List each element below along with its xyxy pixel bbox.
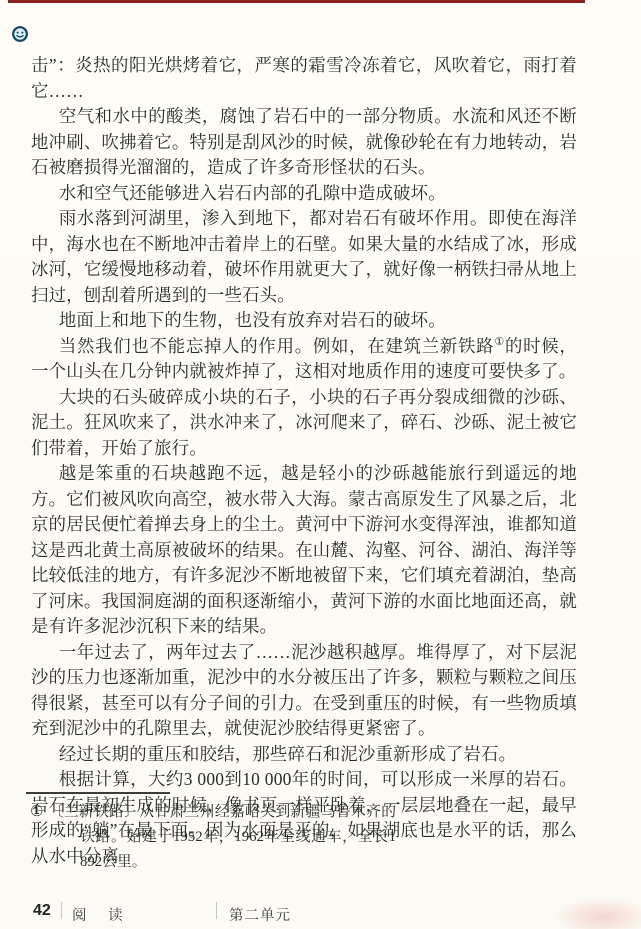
article-text: 击”：炎热的阳光烘烤着它，严寒的霜雪冷冻着它，风吹着它，雨打着它……空气和水中的…: [31, 53, 577, 869]
footer-divider: [61, 902, 62, 919]
footer-section-label: 阅 读: [72, 904, 132, 925]
footnote-block: ①〔兰新铁路〕从甘肃兰州经嘉峪关到新疆乌鲁木齐的铁路。始建于1952年，1962…: [30, 800, 396, 875]
footnote-text: ①〔兰新铁路〕从甘肃兰州经嘉峪关到新疆乌鲁木齐的铁路。始建于1952年，1962…: [30, 800, 396, 875]
smiley-face-icon: [12, 26, 28, 42]
footnote-body: 〔兰新铁路〕从甘肃兰州经嘉峪关到新疆乌鲁木齐的铁路。始建于1952年，1962年…: [49, 804, 396, 870]
footer-divider: [216, 902, 217, 919]
paragraph: 地面上和地下的生物，也没有放弃对岩石的破坏。: [31, 308, 577, 334]
paragraph: 一年过去了，两年过去了……泥沙越积越厚。堆得厚了，对下层泥沙的压力也逐渐加重，泥…: [31, 640, 577, 742]
paragraph: 击”：炎热的阳光烘烤着它，严寒的霜雪冷冻着它，风吹着它，雨打着它……: [31, 53, 577, 104]
paragraph: 经过长期的重压和胶结，那些碎石和泥沙重新形成了岩石。: [31, 742, 577, 768]
paragraph: 越是笨重的石块越跑不远，越是轻小的沙砾越能旅行到遥远的地方。它们被风吹向高空，被…: [31, 461, 577, 640]
page-number: 42: [33, 902, 51, 920]
paragraph: 大块的石头破碎成小块的石子，小块的石子再分裂成细微的沙砾、泥土。狂风吹来了，洪水…: [31, 385, 577, 462]
smiley-chat-icon[interactable]: [12, 26, 28, 42]
footnote-marker: ①: [30, 804, 44, 820]
page-top-red-line: [8, 0, 585, 3]
paragraph: 水和空气还能够进入岩石内部的孔隙中造成破坏。: [31, 181, 577, 207]
book-page: 击”：炎热的阳光烘烤着它，严寒的霜雪冷冻着它，风吹着它，雨打着它……空气和水中的…: [0, 0, 641, 929]
footnote-reference: ①: [494, 336, 505, 348]
page-footer: 42 阅 读 第二单元: [0, 900, 641, 924]
paragraph: 空气和水中的酸类，腐蚀了岩石中的一部分物质。水流和风还不断地冲刷、吹拂着它。特别…: [31, 104, 577, 181]
footnote-separator: [26, 792, 170, 794]
footer-unit-label: 第二单元: [229, 904, 291, 925]
paragraph: 当然我们也不能忘掉人的作用。例如，在建筑兰新铁路①的时候，一个山头在几分钟内就被…: [31, 334, 577, 385]
paragraph: 雨水落到河湖里，渗入到地下，都对岩石有破坏作用。即使在海洋中，海水也在不断地冲击…: [31, 206, 577, 308]
